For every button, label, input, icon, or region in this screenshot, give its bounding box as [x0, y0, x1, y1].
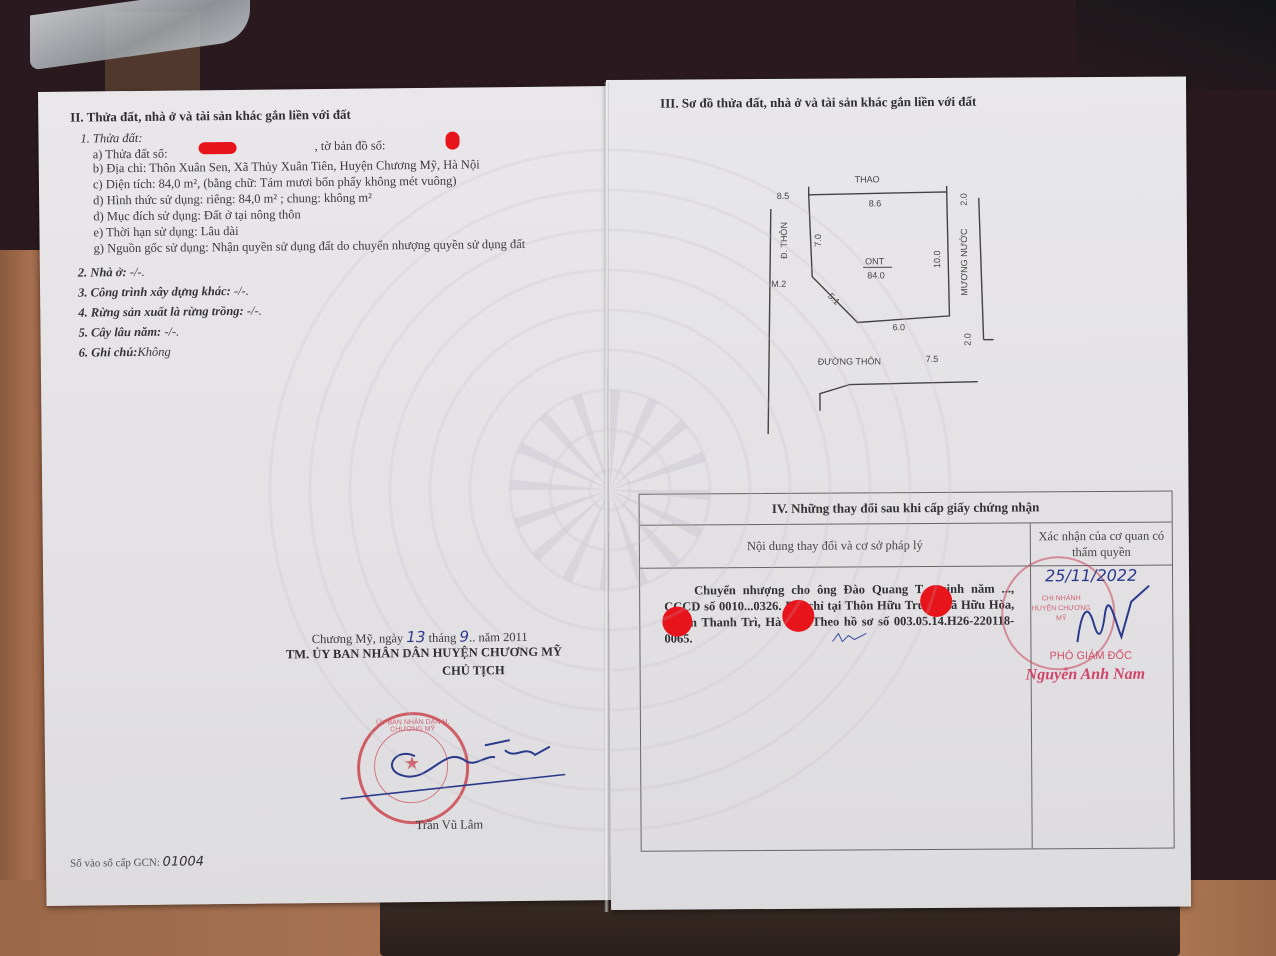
parcel-diagram: THAO 8.5 8.6 M.2 ONT 84.0 6.0 ĐƯỜNG THÔN… [757, 167, 1019, 459]
redaction-map-sheet [445, 132, 459, 150]
item-house: 2. Nhà ở: -/-. [78, 265, 145, 281]
svg-text:7.5: 7.5 [926, 354, 939, 364]
redaction-id-number [782, 600, 814, 632]
signer-title: CHỦ TỊCH [442, 663, 505, 679]
svg-text:7.0: 7.0 [813, 234, 823, 247]
item-perennial: 5. Cây lâu năm: -/-. [78, 325, 179, 341]
certificate-right-page: III. Sơ đồ thửa đất, nhà ở và tài sản kh… [606, 76, 1191, 910]
svg-text:THAO: THAO [855, 174, 880, 184]
issue-date-line: Chương Mỹ, ngày 13 tháng 9.. năm 2011 [312, 627, 528, 647]
svg-text:2.0: 2.0 [963, 333, 973, 346]
chairman-name: Trần Vũ Lâm [416, 817, 484, 833]
changes-table-row: Chuyển nhượng cho ông Đào Quang T..., si… [640, 566, 1174, 851]
svg-text:MƯƠNG NƯỚC: MƯƠNG NƯỚC [959, 228, 969, 296]
svg-text:8.5: 8.5 [777, 191, 790, 201]
changes-table-title: IV. Những thay đổi sau khi cấp giấy chứn… [640, 492, 1172, 526]
svg-text:M.2: M.2 [771, 279, 786, 289]
initial-mark [830, 629, 870, 645]
item-note: 6. Ghi chú:Không [79, 345, 171, 361]
svg-text:84.0: 84.0 [867, 270, 885, 280]
svg-text:Đ. THÔN: Đ. THÔN [779, 222, 789, 259]
issuing-authority: TM. ỦY BAN NHÂN DÂN HUYỆN CHƯƠNG MỸ [286, 645, 562, 663]
svg-text:ONT: ONT [865, 256, 885, 266]
redaction-name [920, 585, 952, 617]
certificate-left-page: II. Thửa đất, nhà ở và tài sản khác gắn … [38, 86, 618, 906]
section-iii-title: III. Sơ đồ thửa đất, nhà ở và tài sản kh… [660, 94, 976, 112]
term-line: e) Thời hạn sử dụng: Lâu dài [93, 224, 238, 241]
redaction-parcel-number [199, 142, 237, 154]
redaction-birth-year [662, 606, 692, 636]
svg-text:6.0: 6.0 [892, 322, 905, 332]
item-forest: 4. Rừng sản xuất là rừng trồng: -/-. [78, 304, 262, 321]
chairman-signature [335, 714, 576, 807]
changes-after-issuance-table: IV. Những thay đổi sau khi cấp giấy chứn… [639, 491, 1175, 852]
svg-text:2.0: 2.0 [959, 193, 969, 206]
origin-line: g) Nguồn gốc sử dụng: Nhận quyền sử dụng… [94, 237, 526, 257]
confirmation-signer: Nguyễn Anh Nam [1026, 666, 1146, 685]
registry-number: Số vào sổ cấp GCN: 01004 [70, 854, 204, 870]
item-other-construction: 3. Công trình xây dựng khác: -/-. [78, 284, 249, 301]
director-signature [1071, 582, 1161, 653]
svg-text:8.6: 8.6 [869, 198, 882, 208]
area-line: c) Diện tích: 84,0 m², (bằng chữ: Tám mư… [93, 174, 457, 193]
parcel-map-drawing: THAO 8.5 8.6 M.2 ONT 84.0 6.0 ĐƯỜNG THÔN… [757, 167, 1019, 459]
page-fold [604, 82, 609, 912]
svg-text:ĐƯỜNG THÔN: ĐƯỜNG THÔN [818, 356, 881, 366]
section-ii-title: II. Thửa đất, nhà ở và tài sản khác gắn … [70, 107, 351, 126]
usage-form-line: d) Hình thức sử dụng: riêng: 84,0 m² ; c… [93, 191, 372, 209]
purpose-line: d) Mục đích sử dụng: Đất ở tại nông thôn [93, 207, 301, 224]
parcel-heading: 1. Thửa đất: [80, 131, 142, 147]
changes-table-header: Nội dung thay đổi và cơ sở pháp lý Xác n… [640, 523, 1172, 569]
map-sheet-label: , tờ bản đồ số: [315, 138, 386, 154]
column-header-content: Nội dung thay đổi và cơ sở pháp lý [640, 523, 1031, 567]
svg-text:10.0: 10.0 [932, 250, 942, 268]
